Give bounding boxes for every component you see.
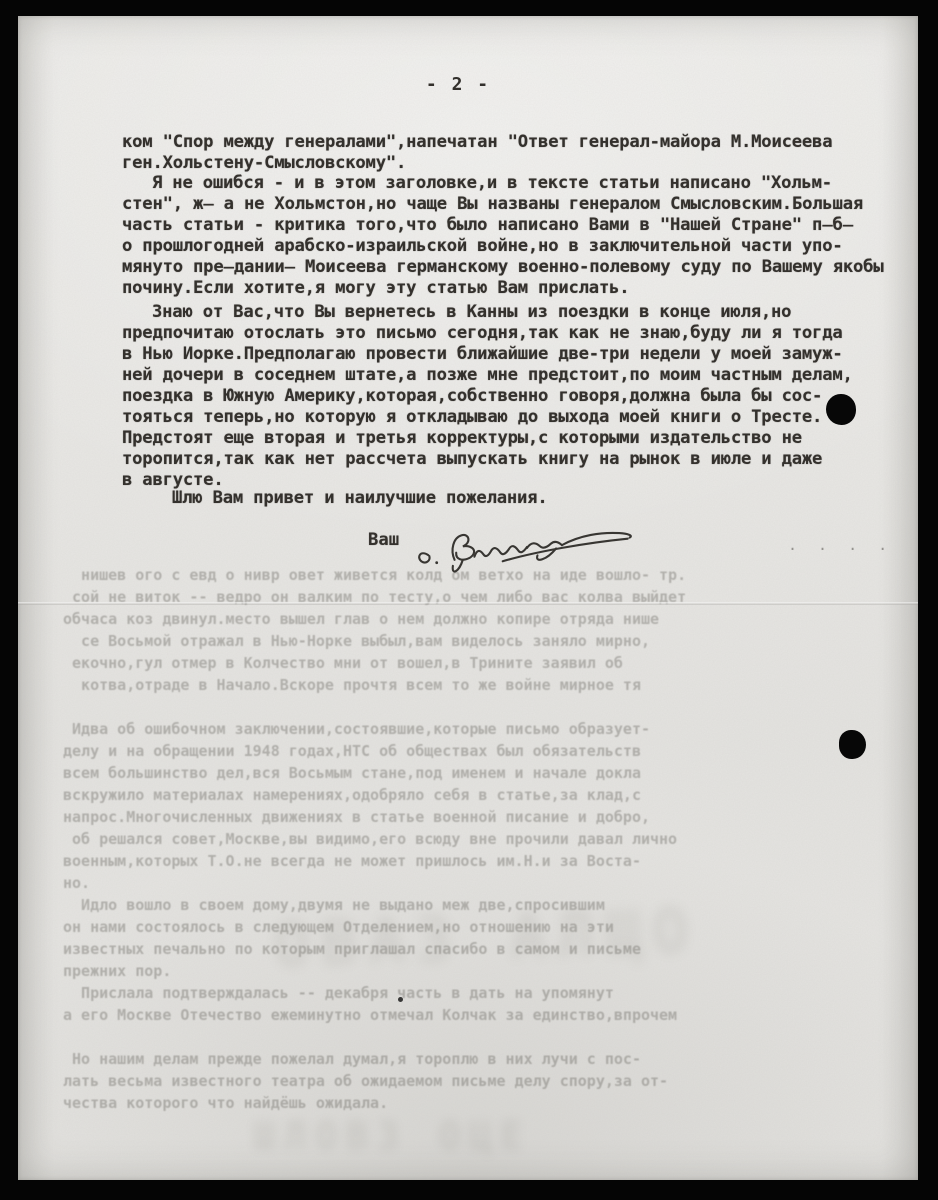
bleedthrough-line <box>63 696 903 718</box>
bleedthrough-line: напрос.Многочисленных движениях в статье… <box>63 806 903 828</box>
bleedthrough-line: Прислала подтверждалась -- декабря часть… <box>63 982 903 1004</box>
typed-line: тояться теперь,но которую я откладываю д… <box>122 407 853 428</box>
page-number: - 2 - <box>18 74 898 95</box>
bleedthrough-line: се Восьмой отражал в Нью-Норке выбыл,вам… <box>63 630 903 652</box>
typed-line: стен", ж̶ а не Хольмстон,но чаще Вы назв… <box>122 194 883 215</box>
typed-line: торопится,так как нет рассчета выпускать… <box>122 449 853 470</box>
typed-line: Знаю от Вас,что Вы вернетесь в Канны из … <box>122 302 853 323</box>
typed-line: почину.Если хотите,я могу эту статью Вам… <box>122 278 883 299</box>
bleedthrough-line: вскружило материалах намерениях,одобряло… <box>63 784 903 806</box>
bleedthrough-line: военным,которых Т.О.не всегда не может п… <box>63 850 903 872</box>
typed-line: мянуто пре̶дании̶ Моисеева германскому в… <box>122 257 883 278</box>
bleedthrough-line: он нами состоялось в следующем Отделение… <box>63 916 903 938</box>
valediction-label: Ваш <box>368 530 399 550</box>
bleedthrough-line: делу и на обращении 1948 годах,НТС об об… <box>63 740 903 762</box>
typed-line: в Нью Иорке.Предполагаю провести ближайш… <box>122 344 853 365</box>
bleedthrough-line: обчаса коз двинул.место вышел глав о нем… <box>63 608 903 630</box>
punch-hole-bottom <box>839 730 866 759</box>
bleedthrough-line: но. <box>63 872 903 894</box>
typed-line: часть статьи - критика того,что было нап… <box>122 215 883 236</box>
bleedthrough-line: Идва об ошибочном заключении,состоявшие,… <box>63 718 903 740</box>
bleedthrough-line: екочно,гул отмер в Колчество мни от воше… <box>63 652 903 674</box>
typed-line: предпочитаю отослать это письмо сегодня,… <box>122 323 853 344</box>
typed-line: Я не ошибся - и в этом заголовке,и в тек… <box>122 173 883 194</box>
bleedthrough-line: известных печально по которым приглашал … <box>63 938 903 960</box>
bleedthrough-line <box>63 1026 903 1048</box>
bleedthrough-text-block: нишев ого с евд о нивр овет живется колд… <box>63 564 903 1114</box>
bleedthrough-line: лать весьма известного театра об ожидаем… <box>63 1070 903 1092</box>
typed-line: ком "Спор между генералами",напечатан "О… <box>122 132 832 153</box>
typed-line: поездка в Южную Америку,которая,собствен… <box>122 386 853 407</box>
faint-stamp-mark-lower: ШЛОВЗ ОЦЕ <box>253 1114 531 1158</box>
handwritten-signature <box>405 510 648 584</box>
bleedthrough-line: всем большинство дел,вся Восьмым стане,п… <box>63 762 903 784</box>
scanned-letter-page: нишев ого с евд о нивр овет живется колд… <box>0 0 938 1200</box>
faint-ink-dots: . . . . <box>788 536 893 554</box>
ink-speck <box>398 997 403 1002</box>
bleedthrough-line: прежних пор. <box>63 960 903 982</box>
paper-sheet: нишев ого с евд о нивр овет живется колд… <box>18 16 918 1180</box>
typed-line: ней дочери в соседнем штате,а позже мне … <box>122 365 853 386</box>
bleedthrough-line: Идло вошло в своем дому,двумя не выдано … <box>63 894 903 916</box>
typed-line: о прошлогодней арабско-израильской войне… <box>122 236 883 257</box>
bleedthrough-line: а его Москве Отечество ежеминутно отмеча… <box>63 1004 903 1026</box>
letter-paragraph-3: Знаю от Вас,что Вы вернетесь в Канны из … <box>122 302 853 491</box>
closing-line: Шлю Вам привет и наилучшие пожелания. <box>122 488 547 509</box>
bleedthrough-line: котва,отраде в Начало.Вскоре прочтя всем… <box>63 674 903 696</box>
letter-paragraph-2: Я не ошибся - и в этом заголовке,и в тек… <box>122 173 883 299</box>
typed-line: Предстоят еще вторая и третья корректуры… <box>122 428 853 449</box>
bleedthrough-line: Но нашим делам прежде пожелал думал,я то… <box>63 1048 903 1070</box>
letter-paragraph-1: ком "Спор между генералами",напечатан "О… <box>122 132 832 174</box>
typed-line: ген.Хольстену-Смысловскому". <box>122 153 832 174</box>
fold-crease <box>18 602 918 605</box>
bleedthrough-line: чества которого что найдёшь ожидала. <box>63 1092 903 1114</box>
punch-hole-top <box>826 394 856 425</box>
bleedthrough-line: об решался совет,Москве,вы видимо,его вс… <box>63 828 903 850</box>
